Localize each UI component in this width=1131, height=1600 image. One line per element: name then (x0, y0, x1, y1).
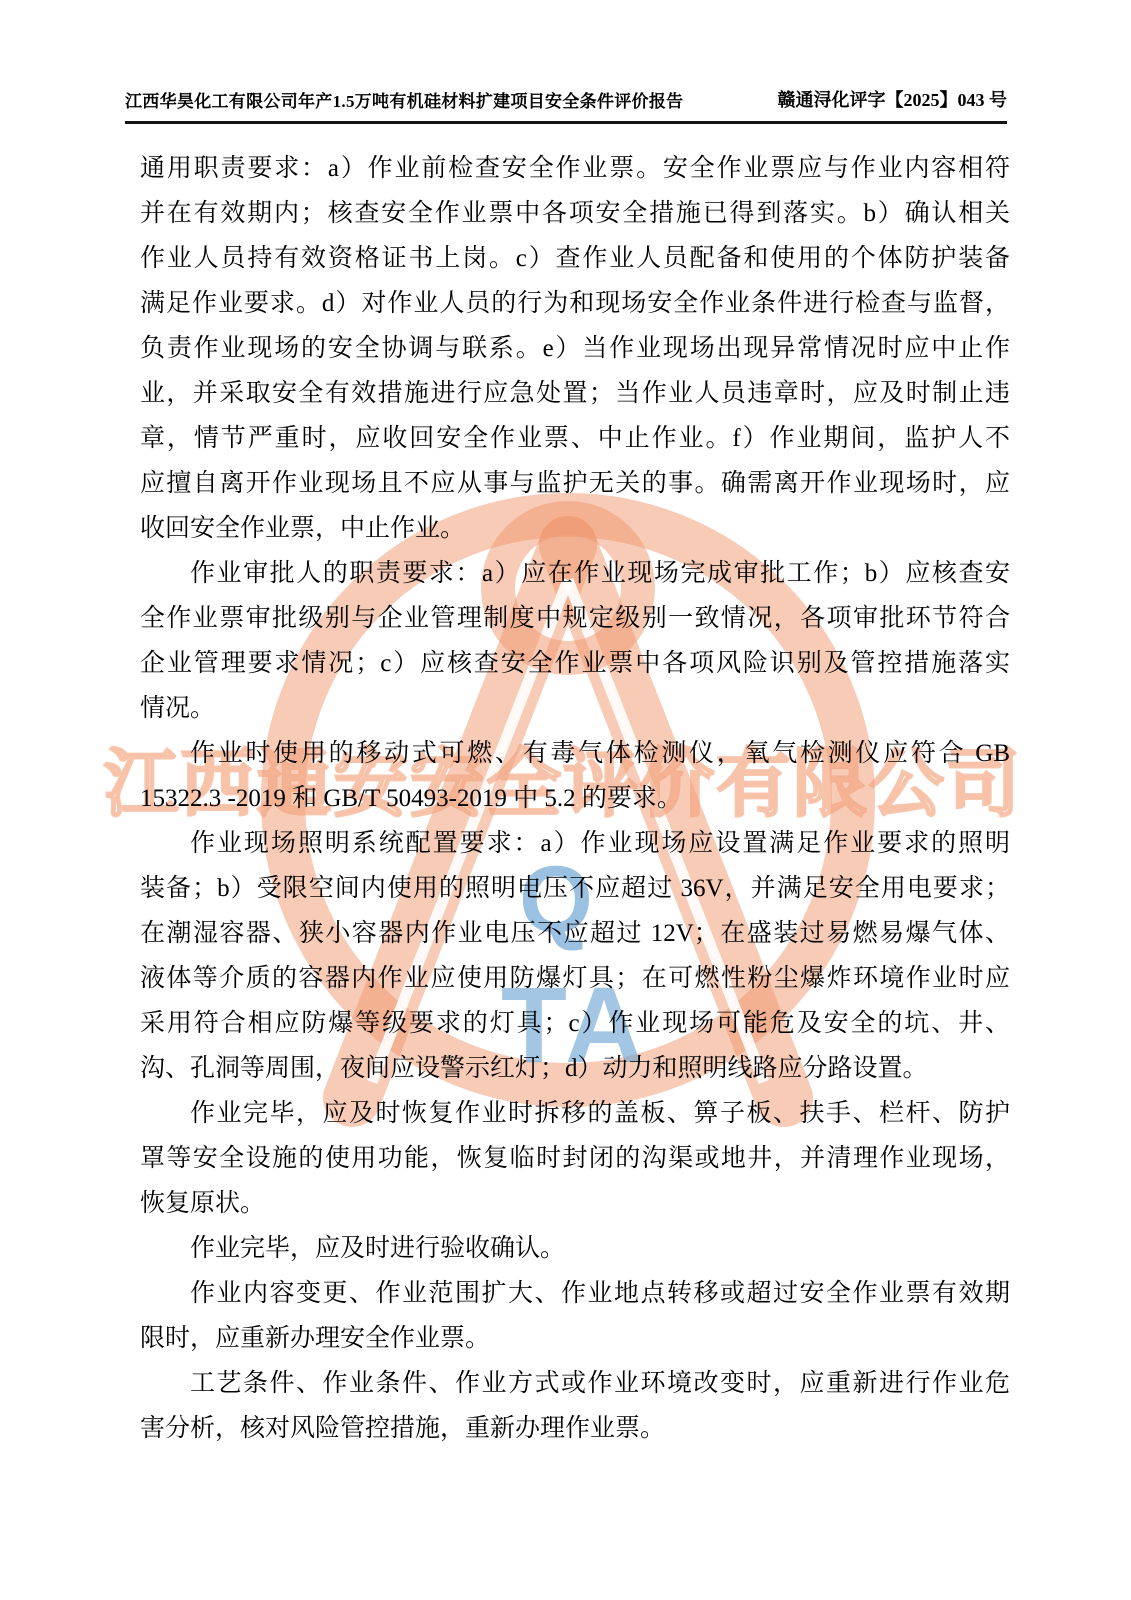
body-text-line: 15322.3 -2019 和 GB/T 50493-2019 中 5.2 的要… (140, 776, 1010, 821)
body-text-line: 满足作业要求。d）对作业人员的行为和现场安全作业条件进行检查与监督， (140, 281, 1010, 326)
body-text-line: 作业完毕，应及时恢复作业时拆移的盖板、箅子板、扶手、栏杆、防护 (140, 1091, 1010, 1136)
body-text-line: 业，并采取安全有效措施进行应急处置；当作业人员违章时，应及时制止违 (140, 371, 1010, 416)
body-text-line: 作业人员持有效资格证书上岗。c）查作业人员配备和使用的个体防护装备 (140, 236, 1010, 281)
body-text-line: 工艺条件、作业条件、作业方式或作业环境改变时，应重新进行作业危 (140, 1361, 1010, 1406)
body-text-line: 并在有效期内；核查安全作业票中各项安全措施已得到落实。b）确认相关 (140, 191, 1010, 236)
body-text-line: 限时，应重新办理安全作业票。 (140, 1316, 1010, 1361)
body-text-line: 应擅自离开作业现场且不应从事与监护无关的事。确需离开作业现场时，应 (140, 461, 1010, 506)
body-text-line: 沟、孔洞等周围，夜间应设警示红灯；d）动力和照明线路应分路设置。 (140, 1046, 1010, 1091)
body-text-line: 罩等安全设施的使用功能，恢复临时封闭的沟渠或地井，并清理作业现场， (140, 1136, 1010, 1181)
body-text-line: 收回安全作业票，中止作业。 (140, 506, 1010, 551)
document-page: Q TA 江西通安安全评价有限公司 江西华昊化工有限公司年产1.5万吨有机硅材料… (0, 0, 1131, 1600)
body-text-line: 作业现场照明系统配置要求：a）作业现场应设置满足作业要求的照明 (140, 821, 1010, 866)
document-body: 通用职责要求：a）作业前检查安全作业票。安全作业票应与作业内容相符并在有效期内；… (140, 146, 1010, 1451)
body-text-line: 通用职责要求：a）作业前检查安全作业票。安全作业票应与作业内容相符 (140, 146, 1010, 191)
body-text-line: 情况。 (140, 686, 1010, 731)
body-text-line: 在潮湿容器、狭小容器内作业电压不应超过 12V；在盛装过易燃易爆气体、 (140, 911, 1010, 956)
body-text-line: 恢复原状。 (140, 1181, 1010, 1226)
body-text-line: 装备；b）受限空间内使用的照明电压不应超过 36V，并满足安全用电要求； (140, 866, 1010, 911)
page-header: 江西华昊化工有限公司年产1.5万吨有机硅材料扩建项目安全条件评价报告 赣通浔化评… (125, 86, 1007, 124)
body-text-line: 作业内容变更、作业范围扩大、作业地点转移或超过安全作业票有效期 (140, 1271, 1010, 1316)
body-text-line: 章，情节严重时，应收回安全作业票、中止作业。f）作业期间，监护人不 (140, 416, 1010, 461)
header-report-title: 江西华昊化工有限公司年产1.5万吨有机硅材料扩建项目安全条件评价报告 (125, 87, 683, 112)
body-text-line: 液体等介质的容器内作业应使用防爆灯具；在可燃性粉尘爆炸环境作业时应 (140, 956, 1010, 1001)
body-text-line: 企业管理要求情况；c）应核查安全作业票中各项风险识别及管控措施落实 (140, 641, 1010, 686)
body-text-line: 全作业票审批级别与企业管理制度中规定级别一致情况，各项审批环节符合 (140, 596, 1010, 641)
body-text-line: 作业时使用的移动式可燃、有毒气体检测仪，氧气检测仪应符合 GB (140, 731, 1010, 776)
body-text-line: 负责作业现场的安全协调与联系。e）当作业现场出现异常情况时应中止作 (140, 326, 1010, 371)
body-text-line: 害分析，核对风险管控措施，重新办理作业票。 (140, 1406, 1010, 1451)
body-text-line: 采用符合相应防爆等级要求的灯具；c）作业现场可能危及安全的坑、井、 (140, 1001, 1010, 1046)
body-text-line: 作业完毕，应及时进行验收确认。 (140, 1226, 1010, 1271)
header-document-number: 赣通浔化评字【2025】043 号 (778, 86, 1008, 112)
body-text-line: 作业审批人的职责要求：a）应在作业现场完成审批工作；b）应核查安 (140, 551, 1010, 596)
